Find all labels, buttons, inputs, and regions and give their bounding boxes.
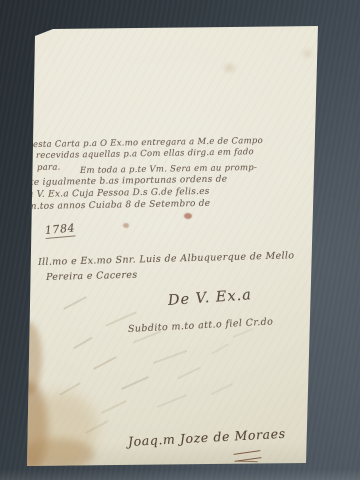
closing-line: Subdito m.to att.o fiel Cr.do — [128, 316, 274, 335]
bleed-through-stroke — [232, 328, 253, 338]
stain — [303, 50, 312, 57]
body-line: m.tos annos Cuiaba 8 de Setembro de — [28, 199, 211, 212]
bleed-through-stroke — [73, 337, 93, 350]
bleed-through-stroke — [101, 400, 127, 414]
bleed-through-stroke — [211, 343, 229, 355]
photo-edge-highlight — [0, 469, 360, 480]
bleed-through-stroke — [211, 383, 233, 395]
stain — [184, 213, 192, 219]
bleed-through-stroke — [63, 296, 87, 310]
bleed-through-stroke — [93, 356, 117, 370]
addressee-line: Pereira e Caceres — [46, 270, 138, 283]
photo: esta Carta p.a O Ex.mo entregara a M.e d… — [0, 0, 360, 480]
body-line: Em toda a p.te Vm. Sera em au promp- — [80, 163, 257, 176]
bleed-through-stroke — [177, 366, 201, 379]
stain — [26, 392, 98, 464]
signature-line: Joaq.m Joze de Moraes — [128, 426, 286, 449]
addressee-line: Ill.mo e Ex.mo Snr. Luis de Albuquerque … — [38, 250, 295, 268]
stain — [123, 223, 129, 228]
bleed-through-stroke — [121, 376, 149, 390]
stain — [224, 64, 235, 72]
bleed-through-stroke — [157, 394, 187, 408]
body-line: a V. Ex.a Cuja Pessoa D.s G.de felis.es — [28, 187, 210, 200]
body-line: para. — [37, 163, 61, 173]
bleed-through-stroke — [153, 350, 188, 364]
signature-rubric — [234, 450, 262, 462]
manuscript-paper: esta Carta p.a O Ex.mo entregara a M.e d… — [0, 0, 360, 480]
valediction-line: De V. Ex.a — [167, 287, 252, 309]
body-line: te igualmente b.as importunas ordens de — [30, 175, 227, 188]
date-line: 1784 — [44, 221, 76, 239]
